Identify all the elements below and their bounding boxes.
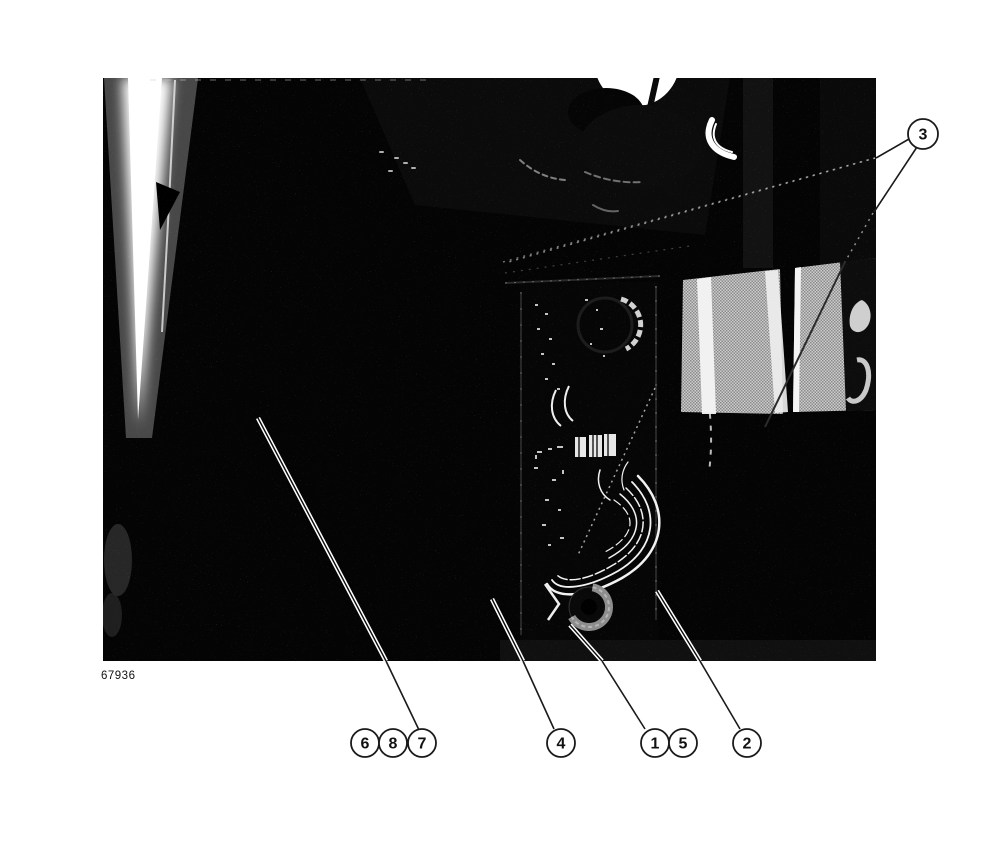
callout-4: 4 — [547, 729, 575, 757]
callout-label-4: 4 — [557, 736, 566, 753]
callout-label-1: 1 — [651, 736, 660, 753]
figure-canvas: 3 6 8 7 4 1 5 2 67936 — [0, 0, 1000, 860]
callout-label-7: 7 — [418, 736, 427, 753]
leader-line-2 — [700, 661, 740, 729]
callout-label-8: 8 — [389, 736, 398, 753]
figure-photo — [102, 14, 876, 661]
manual-figure-page: 3 6 8 7 4 1 5 2 67936 — [0, 0, 1000, 860]
callout-1: 1 — [641, 729, 669, 757]
callout-label-3: 3 — [919, 127, 928, 144]
callout-label-6: 6 — [361, 736, 370, 753]
callout-label-2: 2 — [743, 736, 752, 753]
callout-6: 6 — [351, 729, 379, 757]
leader-line-3a — [876, 139, 909, 158]
callout-5: 5 — [669, 729, 697, 757]
leader-line-3b — [874, 147, 917, 212]
callout-2: 2 — [733, 729, 761, 757]
callout-label-5: 5 — [679, 736, 688, 753]
callout-8: 8 — [379, 729, 407, 757]
halftone-noise-overlay — [103, 78, 876, 661]
leader-line-4 — [523, 661, 554, 729]
photo-id-label: 67936 — [101, 670, 135, 682]
callout-7: 7 — [408, 729, 436, 757]
leader-line-7 — [386, 661, 419, 730]
callout-3: 3 — [908, 119, 938, 149]
leader-line-1-5 — [602, 661, 645, 729]
